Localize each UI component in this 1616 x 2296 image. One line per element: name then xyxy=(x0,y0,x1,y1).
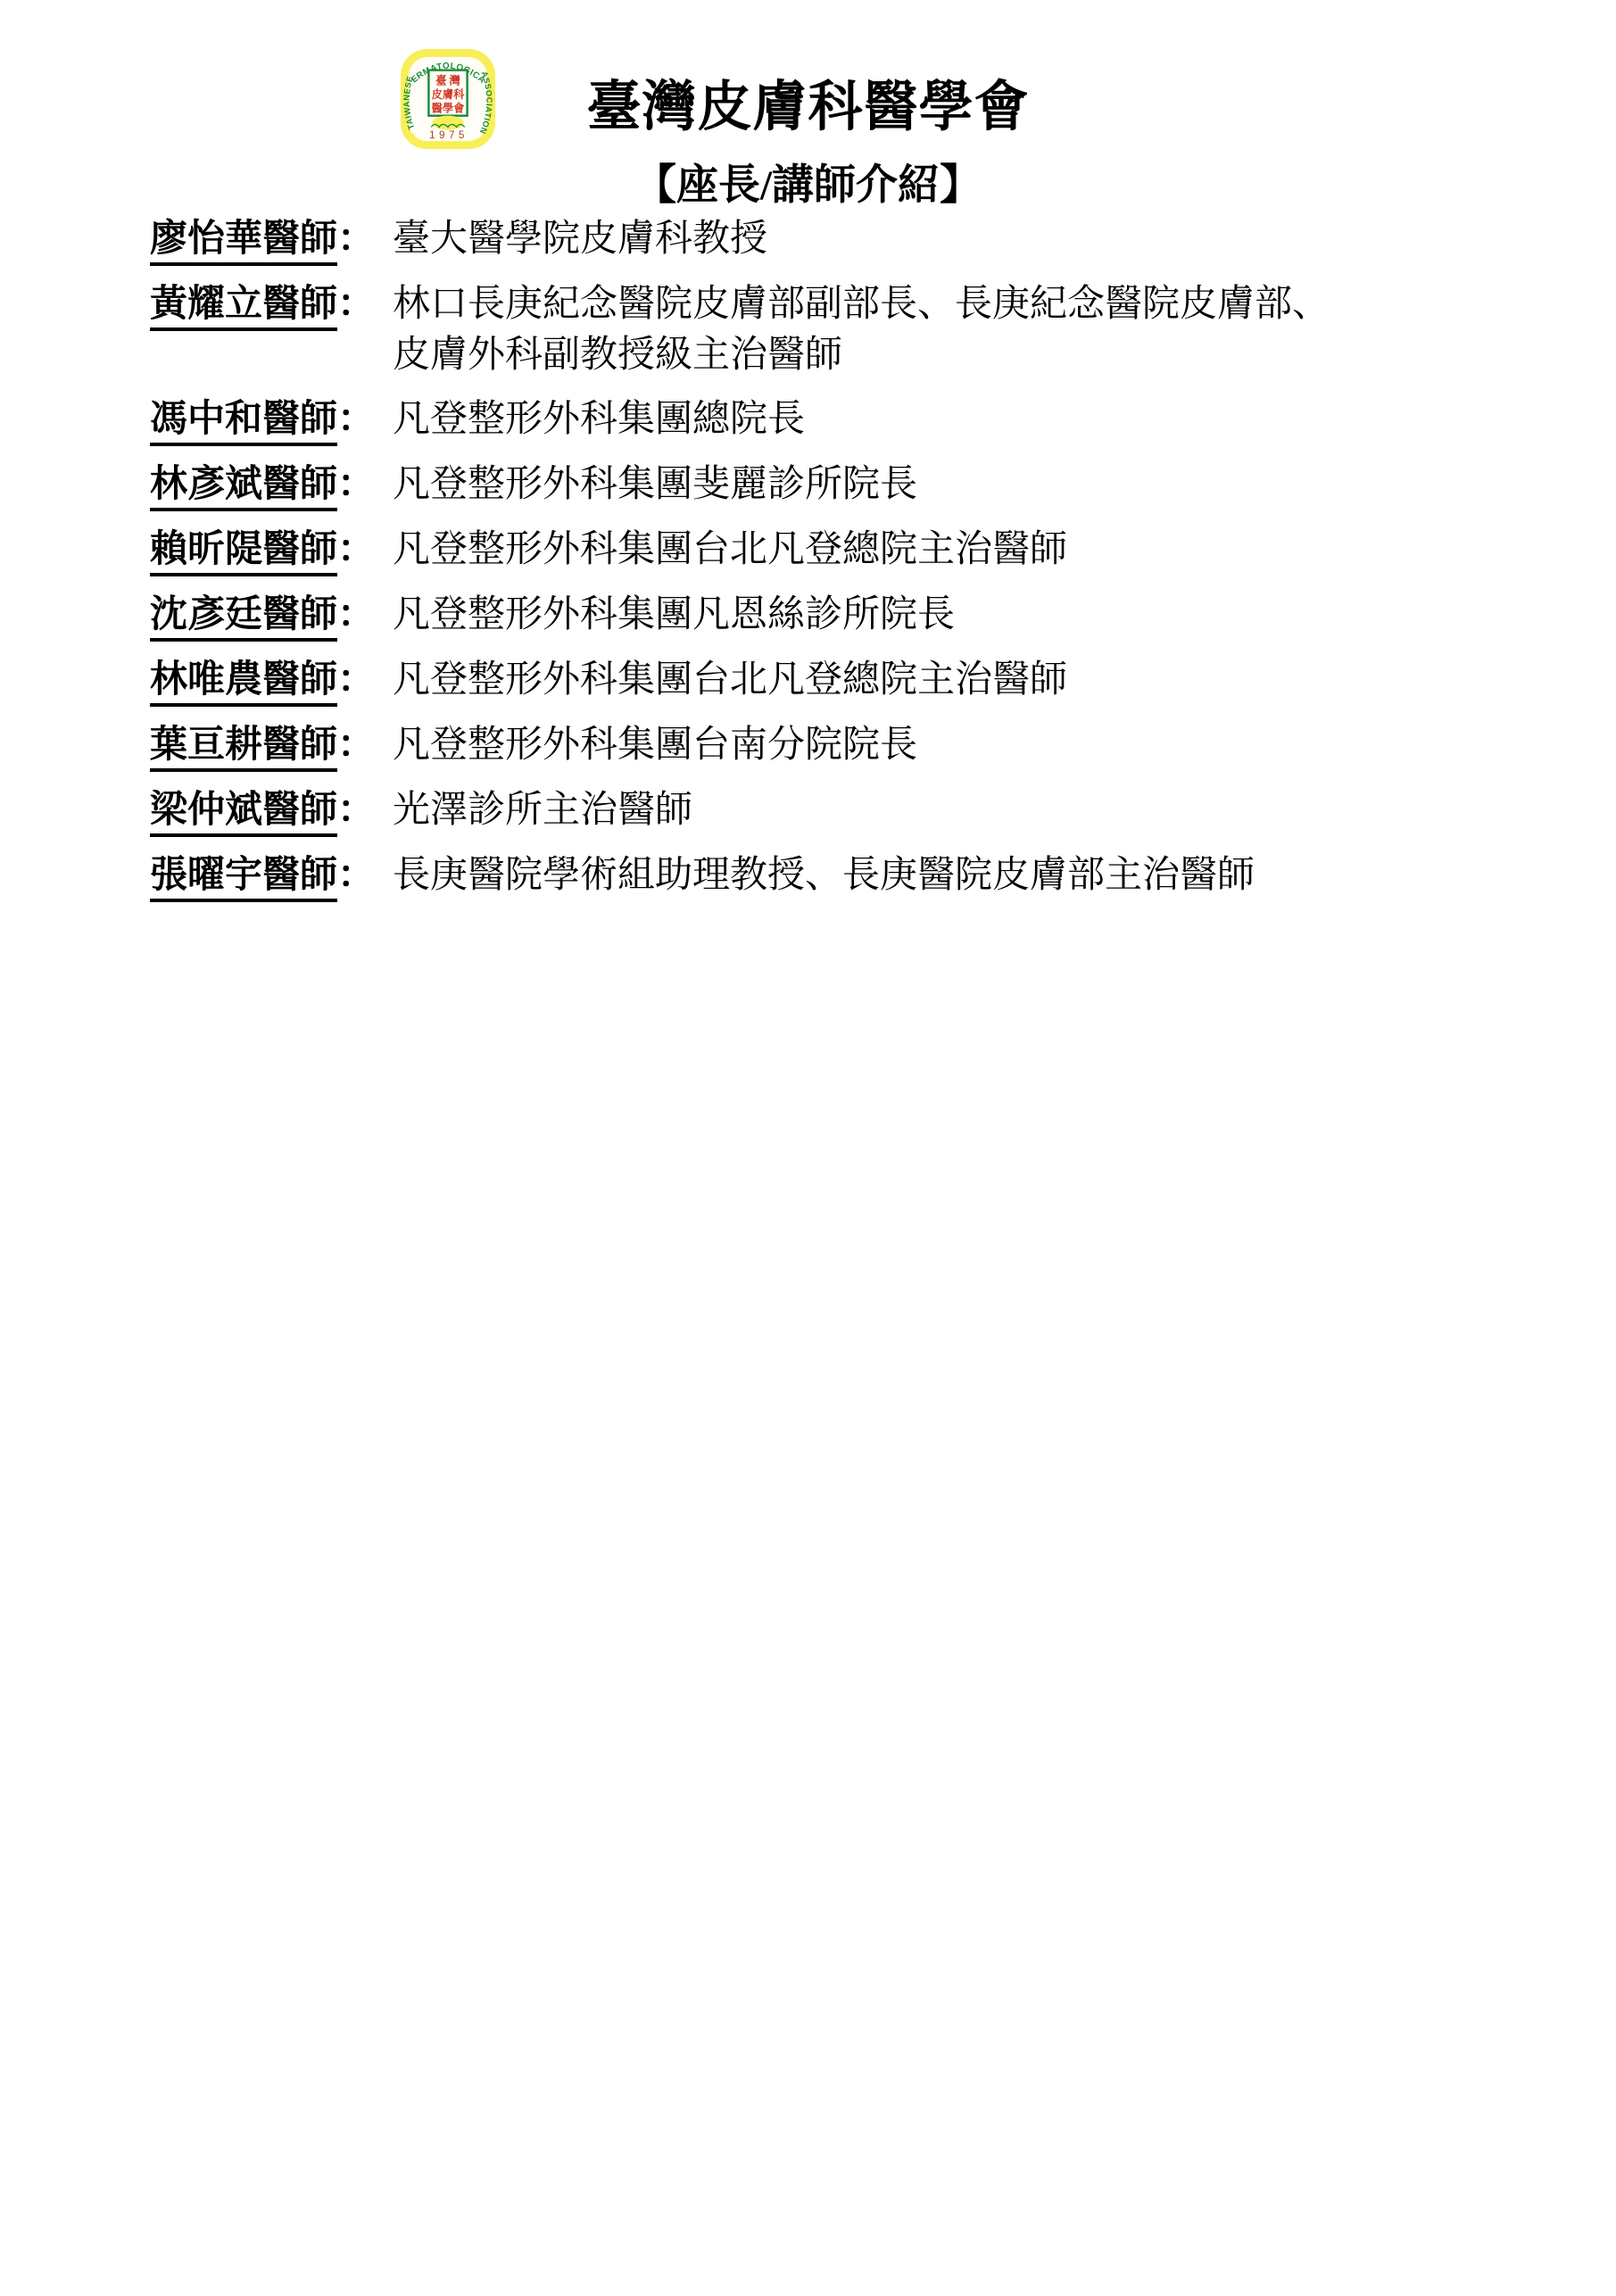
lecturer-name: 林唯農醫師 xyxy=(150,658,337,707)
lecturer-description: 光澤診所主治醫師 xyxy=(393,785,1536,836)
lecturer-label: 葉亘耕醫師： xyxy=(150,720,393,772)
description-line: 凡登整形外科集團總院長 xyxy=(393,394,1536,445)
description-line: 長庚醫院學術組助理教授、長庚醫院皮膚部主治醫師 xyxy=(393,850,1536,901)
lecturer-entry: 林彥斌醫師： 凡登整形外科集團斐麗診所院長 xyxy=(150,460,1536,511)
name-colon: ： xyxy=(337,590,375,641)
description-line: 光澤診所主治醫師 xyxy=(393,785,1536,836)
lecturer-description: 凡登整形外科集團凡恩絲診所院長 xyxy=(393,590,1536,641)
lecturer-name: 馮中和醫師 xyxy=(150,397,337,446)
lecturer-name: 梁仲斌醫師 xyxy=(150,788,337,837)
lecturer-name: 賴昕隄醫師 xyxy=(150,527,337,576)
name-colon: ： xyxy=(337,850,375,901)
lecturer-name: 林彥斌醫師 xyxy=(150,462,337,511)
document-page: DERMATOLOGICAL TAIWANESE ASSOCIATION 臺 灣… xyxy=(0,0,1616,2296)
name-colon: ： xyxy=(337,525,375,576)
lecturer-name: 黃耀立醫師 xyxy=(150,282,337,331)
lecturer-label: 林唯農醫師： xyxy=(150,655,393,707)
name-colon: ： xyxy=(337,279,375,330)
description-line: 凡登整形外科集團台北凡登總院主治醫師 xyxy=(393,525,1536,576)
lecturer-name: 張曜宇醫師 xyxy=(150,853,337,902)
lecturer-description: 凡登整形外科集團斐麗診所院長 xyxy=(393,460,1536,510)
lecturer-entry: 沈彥廷醫師： 凡登整形外科集團凡恩絲診所院長 xyxy=(150,590,1536,642)
lecturer-entry: 梁仲斌醫師： 光澤診所主治醫師 xyxy=(150,785,1536,837)
lecturer-description: 凡登整形外科集團台南分院院長 xyxy=(393,720,1536,771)
lecturer-entry: 廖怡華醫師： 臺大醫學院皮膚科教授 xyxy=(150,214,1536,266)
lecturer-label: 賴昕隄醫師： xyxy=(150,525,393,576)
lecturer-entry: 賴昕隄醫師： 凡登整形外科集團台北凡登總院主治醫師 xyxy=(150,525,1536,576)
name-colon: ： xyxy=(337,720,375,771)
lecturer-label: 梁仲斌醫師： xyxy=(150,785,393,837)
description-line: 皮膚外科副教授級主治醫師 xyxy=(393,330,1536,381)
description-line: 凡登整形外科集團台南分院院長 xyxy=(393,720,1536,771)
lecturer-description: 長庚醫院學術組助理教授、長庚醫院皮膚部主治醫師 xyxy=(393,850,1536,901)
lecturer-name: 沈彥廷醫師 xyxy=(150,593,337,642)
lecturer-entry: 林唯農醫師： 凡登整形外科集團台北凡登總院主治醫師 xyxy=(150,655,1536,707)
lecturer-label: 林彥斌醫師： xyxy=(150,460,393,511)
page-subtitle: 【座長/講師介紹】 xyxy=(0,157,1616,214)
name-colon: ： xyxy=(337,394,375,445)
description-line: 凡登整形外科集團凡恩絲診所院長 xyxy=(393,590,1536,641)
lecturer-description: 凡登整形外科集團台北凡登總院主治醫師 xyxy=(393,655,1536,706)
lecturer-description: 林口長庚紀念醫院皮膚部副部長、長庚紀念醫院皮膚部、皮膚外科副教授級主治醫師 xyxy=(393,279,1536,381)
lecturer-list: 廖怡華醫師： 臺大醫學院皮膚科教授 黃耀立醫師： 林口長庚紀念醫院皮膚部副部長、… xyxy=(150,214,1536,916)
name-colon: ： xyxy=(337,655,375,706)
description-line: 凡登整形外科集團台北凡登總院主治醫師 xyxy=(393,655,1536,706)
description-line: 臺大醫學院皮膚科教授 xyxy=(393,214,1536,265)
lecturer-description: 凡登整形外科集團台北凡登總院主治醫師 xyxy=(393,525,1536,576)
lecturer-name: 廖怡華醫師 xyxy=(150,217,337,266)
lecturer-entry: 張曜宇醫師： 長庚醫院學術組助理教授、長庚醫院皮膚部主治醫師 xyxy=(150,850,1536,902)
name-colon: ： xyxy=(337,460,375,510)
description-line: 林口長庚紀念醫院皮膚部副部長、長庚紀念醫院皮膚部、 xyxy=(393,279,1536,330)
lecturer-entry: 黃耀立醫師： 林口長庚紀念醫院皮膚部副部長、長庚紀念醫院皮膚部、皮膚外科副教授級… xyxy=(150,279,1536,381)
page-title: 臺灣皮膚科醫學會 xyxy=(0,75,1616,141)
lecturer-description: 凡登整形外科集團總院長 xyxy=(393,394,1536,445)
lecturer-label: 黃耀立醫師： xyxy=(150,279,393,331)
name-colon: ： xyxy=(337,785,375,836)
lecturer-label: 馮中和醫師： xyxy=(150,394,393,446)
name-colon: ： xyxy=(337,214,375,265)
lecturer-label: 廖怡華醫師： xyxy=(150,214,393,266)
lecturer-label: 沈彥廷醫師： xyxy=(150,590,393,642)
description-line: 凡登整形外科集團斐麗診所院長 xyxy=(393,460,1536,510)
lecturer-entry: 馮中和醫師： 凡登整形外科集團總院長 xyxy=(150,394,1536,446)
lecturer-name: 葉亘耕醫師 xyxy=(150,723,337,772)
lecturer-entry: 葉亘耕醫師： 凡登整形外科集團台南分院院長 xyxy=(150,720,1536,772)
lecturer-description: 臺大醫學院皮膚科教授 xyxy=(393,214,1536,265)
lecturer-label: 張曜宇醫師： xyxy=(150,850,393,902)
